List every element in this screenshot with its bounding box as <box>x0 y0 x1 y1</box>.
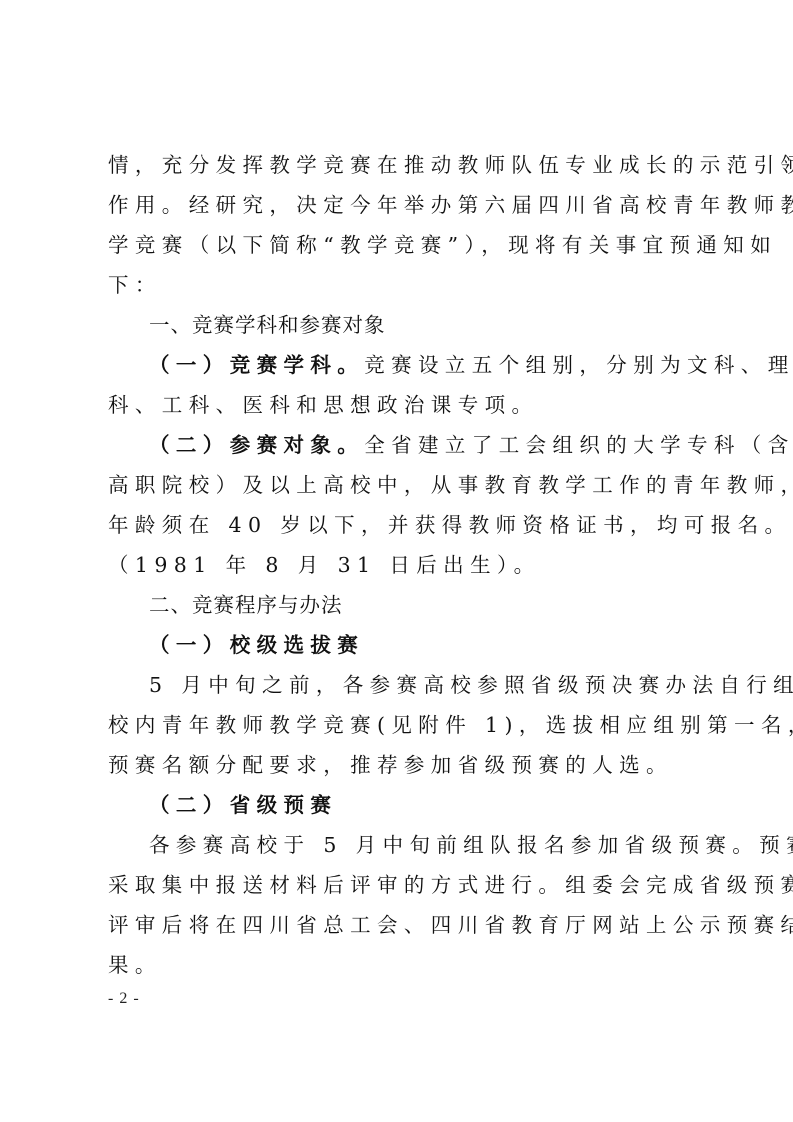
body-line: （1981 年 8 月 31 日后出生）。 <box>108 545 698 585</box>
body-line: 下： <box>108 265 698 305</box>
body-line: 作用。经研究，决定今年举办第六届四川省高校青年教师教 <box>108 185 698 225</box>
body-line: 果。 <box>108 945 698 985</box>
body-line: 年龄须在 40 岁以下，并获得教师资格证书，均可报名。 <box>108 505 698 545</box>
section-heading-2: 二、竞赛程序与办法 <box>108 585 698 625</box>
subsection-lead: （二）参赛对象。 <box>149 433 364 457</box>
body-line: 各参赛高校于 5 月中旬前组队报名参加省级预赛。预赛 <box>108 825 698 865</box>
body-line: 情，充分发挥教学竞赛在推动教师队伍专业成长的示范引领 <box>108 145 698 185</box>
document-page: 情，充分发挥教学竞赛在推动教师队伍专业成长的示范引领 作用。经研究，决定今年举办… <box>108 145 698 985</box>
body-line: 采取集中报送材料后评审的方式进行。组委会完成省级预赛 <box>108 865 698 905</box>
body-line: 科、工科、医科和思想政治课专项。 <box>108 385 698 425</box>
body-line: 校内青年教师教学竞赛(见附件 1)，选拔相应组别第一名，按 <box>108 705 698 745</box>
body-line: （二）参赛对象。全省建立了工会组织的大学专科（含 <box>108 425 698 465</box>
body-line: 预赛名额分配要求，推荐参加省级预赛的人选。 <box>108 745 698 785</box>
body-line: 评审后将在四川省总工会、四川省教育厅网站上公示预赛结 <box>108 905 698 945</box>
body-text: 全省建立了工会组织的大学专科（含 <box>364 433 793 457</box>
subsection-heading: （一）校级选拔赛 <box>108 625 698 665</box>
body-text: 竞赛设立五个组别，分别为文科、理 <box>364 353 793 377</box>
body-line: （一）竞赛学科。竞赛设立五个组别，分别为文科、理 <box>108 345 698 385</box>
subsection-lead: （一）竞赛学科。 <box>149 353 364 377</box>
page-number: - 2 - <box>108 990 140 1008</box>
subsection-heading: （二）省级预赛 <box>108 785 698 825</box>
section-heading-1: 一、竞赛学科和参赛对象 <box>108 305 698 345</box>
body-line: 高职院校）及以上高校中，从事教育教学工作的青年教师， <box>108 465 698 505</box>
body-line: 5 月中旬之前，各参赛高校参照省级预决赛办法自行组织 <box>108 665 698 705</box>
body-line: 学竞赛（以下简称“教学竞赛”），现将有关事宜预通知如 <box>108 225 698 265</box>
